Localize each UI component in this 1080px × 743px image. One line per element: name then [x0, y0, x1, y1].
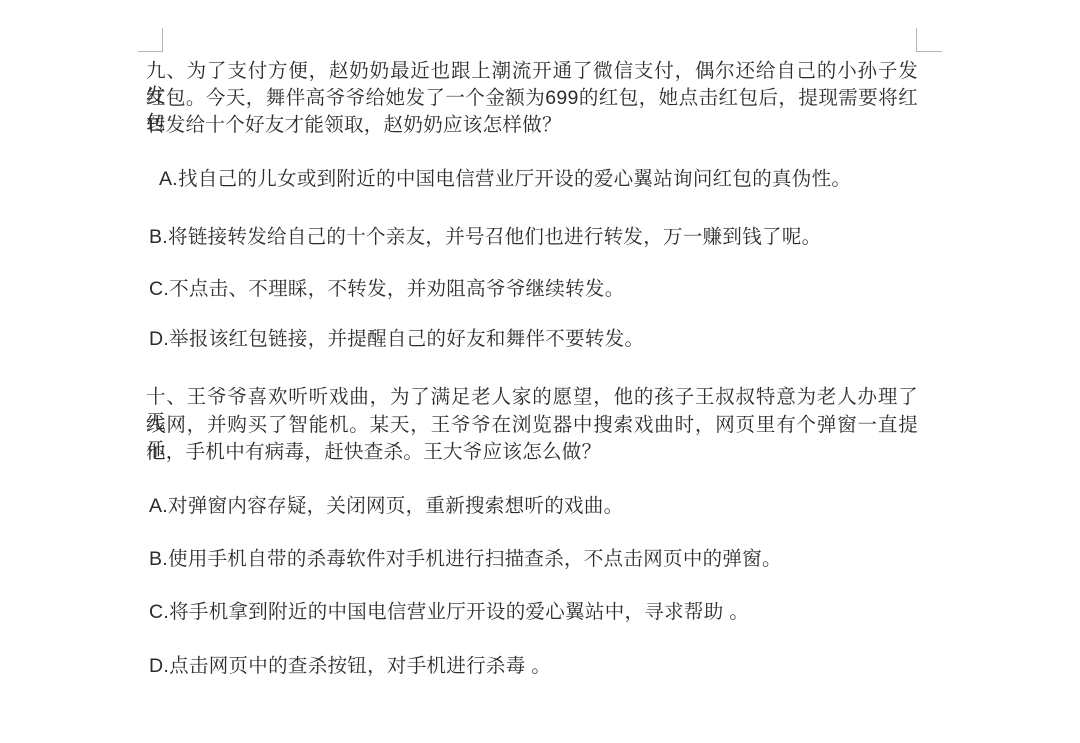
question-9-option-d: D.举报该红包链接，并提醒自己的好友和舞伴不要转发。	[146, 327, 918, 352]
question-9-option-b: B.将链接转发给自己的十个亲友，并号召他们也进行转发，万一赚到钱了呢。	[146, 225, 918, 250]
question-10-option-d: D.点击网页中的查杀按钮，对手机进行杀毒 。	[146, 654, 918, 679]
question-10-option-b: B.使用手机自带的杀毒软件对手机进行扫描查杀，不点击网页中的弹窗。	[146, 547, 918, 572]
question-9-stem-line-3: 转发给十个好友才能领取，赵奶奶应该怎样做？	[146, 113, 918, 138]
document-page: 九、为了支付方便，赵奶奶最近也跟上潮流开通了微信支付，偶尔还给自己的小孙子发发 …	[0, 0, 1080, 743]
question-9-option-c: C.不点击、不理睬，不转发，并劝阻高爷爷继续转发。	[146, 277, 918, 302]
crop-mark-top-right-icon	[916, 28, 942, 52]
question-10-option-a: A.对弹窗内容存疑，关闭网页，重新搜索想听的戏曲。	[146, 494, 918, 519]
question-9-option-a: A.找自己的儿女或到附近的中国电信营业厅开设的爱心翼站询问红包的真伪性。	[146, 167, 918, 192]
question-10-option-c: C.将手机拿到附近的中国电信营业厅开设的爱心翼站中，寻求帮助 。	[146, 600, 918, 625]
crop-mark-top-left-icon	[138, 28, 163, 52]
question-10-stem-line-3: 他，手机中有病毒，赶快查杀。王大爷应该怎么做？	[146, 440, 918, 465]
